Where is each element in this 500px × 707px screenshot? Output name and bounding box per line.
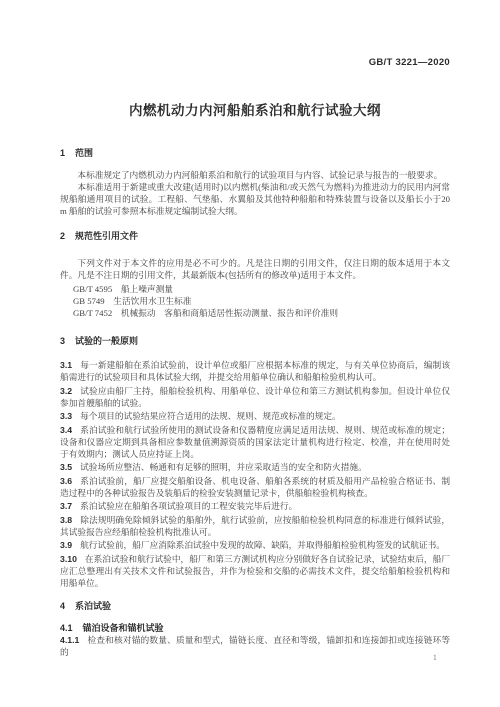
section-title: 试验的一般原则	[75, 336, 138, 346]
clause-text: 系泊试验应在船舶各项试验项目的工程安装完毕后进行。	[80, 501, 297, 511]
clause-text: 试验场所应整洁、畅通和有足够的照明，并应采取适当的安全和防火措施。	[80, 462, 367, 472]
clause-number: 3.5	[60, 462, 72, 472]
clause-text: 在系泊试验和航行试验中，船厂和第三方测试机构应分别做好各自试验记录，试验结束后，…	[60, 554, 450, 588]
section-number: 4	[60, 600, 65, 612]
clause-number: 3.3	[60, 411, 72, 421]
section-title: 系泊试验	[75, 601, 111, 611]
clause: 3.6系泊试验前，船厂应提交船舶设备、机电设备、船舶各系统的材质及船用产品检验合…	[60, 475, 450, 499]
section-1-body: 本标准规定了内燃机动力内河船舶系泊和航行的试验项目与内容、试验记录与报告的一般要…	[60, 169, 450, 217]
reference-item: GB/T 7452 机械振动 客船和商船适居性振动测量、报告和评价准则	[60, 307, 450, 319]
standard-code: GB/T 3221—2020	[60, 57, 450, 69]
section-number: 2	[60, 230, 65, 242]
clause: 3.1每一新建船舶在系泊试验前，设计单位或船厂应根据本标准的规定，与有关单位协商…	[60, 359, 450, 383]
section-number: 1	[60, 147, 65, 159]
clause: 3.7系泊试验应在船舶各项试验项目的工程安装完毕后进行。	[60, 500, 450, 512]
document-title: 内燃机动力内河船舶系泊和航行试验大纲	[60, 103, 450, 119]
clause-text: 每个项目的试验结果应符合适用的法规、规则、规范或标准的规定。	[80, 411, 341, 421]
document-page: GB/T 3221—2020 内燃机动力内河船舶系泊和航行试验大纲 1范围 本标…	[0, 0, 500, 707]
section-3-heading: 3试验的一般原则	[60, 335, 450, 347]
section-3-body: 3.1每一新建船舶在系泊试验前，设计单位或船厂应根据本标准的规定，与有关单位协商…	[60, 359, 450, 589]
clause-text: 系泊试验和航行试验所使用的测试设备和仪器精度应满足适用法规、规则、规范或标准的规…	[60, 425, 450, 459]
page-number: 1	[433, 652, 437, 662]
clause: 3.2试验应由船厂主持，船舶检验机构、用船单位、设计单位和第三方测试机构参加。但…	[60, 385, 450, 409]
clause-text: 检查和核对锚的数量、质量和型式，锚链长度、直径和等级，锚卸扣和连接卸扣或连接链环…	[60, 635, 450, 657]
paragraph: 本标准规定了内燃机动力内河船舶系泊和航行的试验项目与内容、试验记录与报告的一般要…	[60, 169, 450, 181]
clause-text: 每一新建船舶在系泊试验前，设计单位或船厂应根据本标准的规定，与有关单位协商后，编…	[60, 360, 450, 382]
clause-number: 3.1	[60, 360, 72, 370]
clause-number: 3.4	[60, 425, 72, 435]
subsection-title: 锚泊设备和锚机试验	[83, 623, 164, 633]
reference-item: GB 5749 生活饮用水卫生标准	[60, 295, 450, 307]
clause-number: 3.9	[60, 540, 72, 550]
clause-number: 3.7	[60, 501, 72, 511]
normative-references-list: GB/T 4595 船上噪声测量 GB 5749 生活饮用水卫生标准 GB/T …	[60, 283, 450, 319]
clause-text: 除法规明确免除倾斜试验的船舶外，航行试验前，应按船舶检验机构同意的标准进行倾斜试…	[60, 515, 450, 537]
clause-number: 3.2	[60, 386, 72, 396]
section-2-heading: 2规范性引用文件	[60, 230, 450, 242]
clause: 3.5试验场所应整洁、畅通和有足够的照明，并应采取适当的安全和防火措施。	[60, 461, 450, 473]
clause-number: 3.6	[60, 476, 72, 486]
clause-text: 试验应由船厂主持，船舶检验机构、用船单位、设计单位和第三方测试机构参加。但设计单…	[60, 386, 450, 408]
clause: 3.4系泊试验和航行试验所使用的测试设备和仪器精度应满足适用法规、规则、规范或标…	[60, 424, 450, 460]
paragraph: 下列文件对于本文件的应用是必不可少的。凡是注日期的引用文件，仅注日期的版本适用于…	[60, 257, 450, 281]
reference-item: GB/T 4595 船上噪声测量	[60, 283, 450, 295]
clause: 3.8除法规明确免除倾斜试验的船舶外，航行试验前，应按船舶检验机构同意的标准进行…	[60, 514, 450, 538]
clause: 3.9航行试验前，船厂应消除系泊试验中发现的故障、缺陷，并取得船舶检验机构签发的…	[60, 539, 450, 551]
section-2-body: 下列文件对于本文件的应用是必不可少的。凡是注日期的引用文件，仅注日期的版本适用于…	[60, 257, 450, 319]
section-number: 3	[60, 335, 65, 347]
clause-text: 系泊试验前，船厂应提交船舶设备、机电设备、船舶各系统的材质及船用产品检验合格证书…	[60, 476, 450, 498]
clause-number: 4.1.1	[60, 635, 79, 645]
clause: 3.3每个项目的试验结果应符合适用的法规、规则、规范或标准的规定。	[60, 410, 450, 422]
clause: 3.10在系泊试验和航行试验中，船厂和第三方测试机构应分别做好各自试验记录，试验…	[60, 553, 450, 589]
clause-number: 3.10	[60, 554, 77, 564]
section-1-heading: 1范围	[60, 147, 450, 159]
section-title: 范围	[75, 148, 93, 158]
paragraph: 本标准适用于新建或重大改建(适用时)以内燃机(柴油和/或天然气为燃料)为推进动力…	[60, 181, 450, 217]
section-title: 规范性引用文件	[75, 231, 138, 241]
subsection-number: 4.1	[60, 622, 73, 634]
section-4-heading: 4系泊试验	[60, 600, 450, 612]
clause-text: 航行试验前，船厂应消除系泊试验中发现的故障、缺陷，并取得船舶检验机构签发的试航证…	[80, 540, 445, 550]
clause-number: 3.8	[60, 515, 72, 525]
section-4-1-heading: 4.1锚泊设备和锚机试验	[60, 622, 450, 634]
clause: 4.1.1检查和核对锚的数量、质量和型式，锚链长度、直径和等级，锚卸扣和连接卸扣…	[60, 634, 450, 658]
